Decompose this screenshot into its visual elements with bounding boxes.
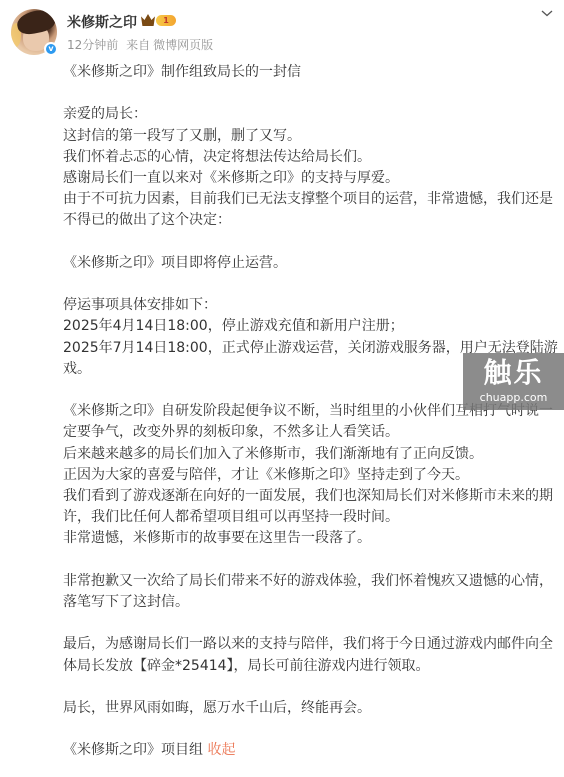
crown-icon [141, 14, 155, 26]
verified-icon: v [44, 42, 58, 56]
watermark-domain: chuapp.com [463, 391, 564, 405]
letter-title: 《米修斯之印》制作组致局长的一封信 [63, 62, 558, 83]
post-meta: 12分钟前 来自微博网页版 [67, 36, 213, 53]
post-source: 微博网页版 [153, 38, 213, 52]
body-line: 后来越来越多的局长们加入了米修斯市，我们渐渐地有了正向反馈。 [63, 444, 558, 465]
reward-line: 最后，为感谢局长们一路以来的支持与陪伴，我们将于今日通过游戏内邮件向全体局长发放… [63, 634, 558, 676]
body-line: 我们怀着忐忑的心情，决定将想法传达给局长们。 [63, 147, 558, 168]
signature-line: 《米修斯之印》项目组 收起 [63, 740, 558, 761]
watermark-brand: 触乐 [463, 355, 564, 391]
farewell: 局长，世界风雨如晦，愿万水千山后，终能再会。 [63, 698, 558, 719]
announcement: 《米修斯之印》项目即将停止运营。 [63, 253, 558, 274]
body-line: 非常遗憾，米修斯市的故事要在这里告一段落了。 [63, 528, 558, 549]
schedule-item-1: 2025年4月14日18:00，停止游戏充值和新用户注册； [63, 316, 558, 337]
body-line: 我们看到了游戏逐渐在向好的一面发展，我们也深知局长们对米修斯市未来的期许，我们比… [63, 486, 558, 528]
chevron-down-icon[interactable] [541, 7, 553, 19]
badge-level: 1 [156, 15, 176, 26]
watermark: 触乐 chuapp.com [463, 353, 564, 410]
body-line: 这封信的第一段写了又删，删了又写。 [63, 126, 558, 147]
body-line: 感谢局长们一直以来对《米修斯之印》的支持与厚爱。 [63, 168, 558, 189]
post-body: 《米修斯之印》制作组致局长的一封信 亲爱的局长： 这封信的第一段写了又删，删了又… [63, 62, 558, 762]
member-badge[interactable]: 1 [141, 13, 176, 27]
author-name[interactable]: 米修斯之印 [67, 12, 137, 32]
body-line: 非常抱歉又一次给了局长们带来不好的游戏体验，我们怀着愧疚又遗憾的心情，落笔写下了… [63, 571, 558, 613]
source-prefix: 来自 [126, 38, 150, 52]
body-line: 由于不可抗力因素，目前我们已无法支撑整个项目的运营，非常遗憾，我们还是不得已的做… [63, 189, 558, 231]
avatar-hair [15, 9, 57, 37]
signature: 《米修斯之印》项目组 [63, 742, 203, 758]
post-header: v 米修斯之印 1 12分钟前 来自微博网页版 [0, 0, 564, 60]
post-time[interactable]: 12分钟前 [67, 38, 118, 52]
greeting: 亲爱的局长： [63, 104, 558, 125]
schedule-heading: 停运事项具体安排如下： [63, 295, 558, 316]
collapse-link[interactable]: 收起 [207, 742, 235, 758]
body-line: 正因为大家的喜爱与陪伴，才让《米修斯之印》坚持走到了今天。 [63, 465, 558, 486]
